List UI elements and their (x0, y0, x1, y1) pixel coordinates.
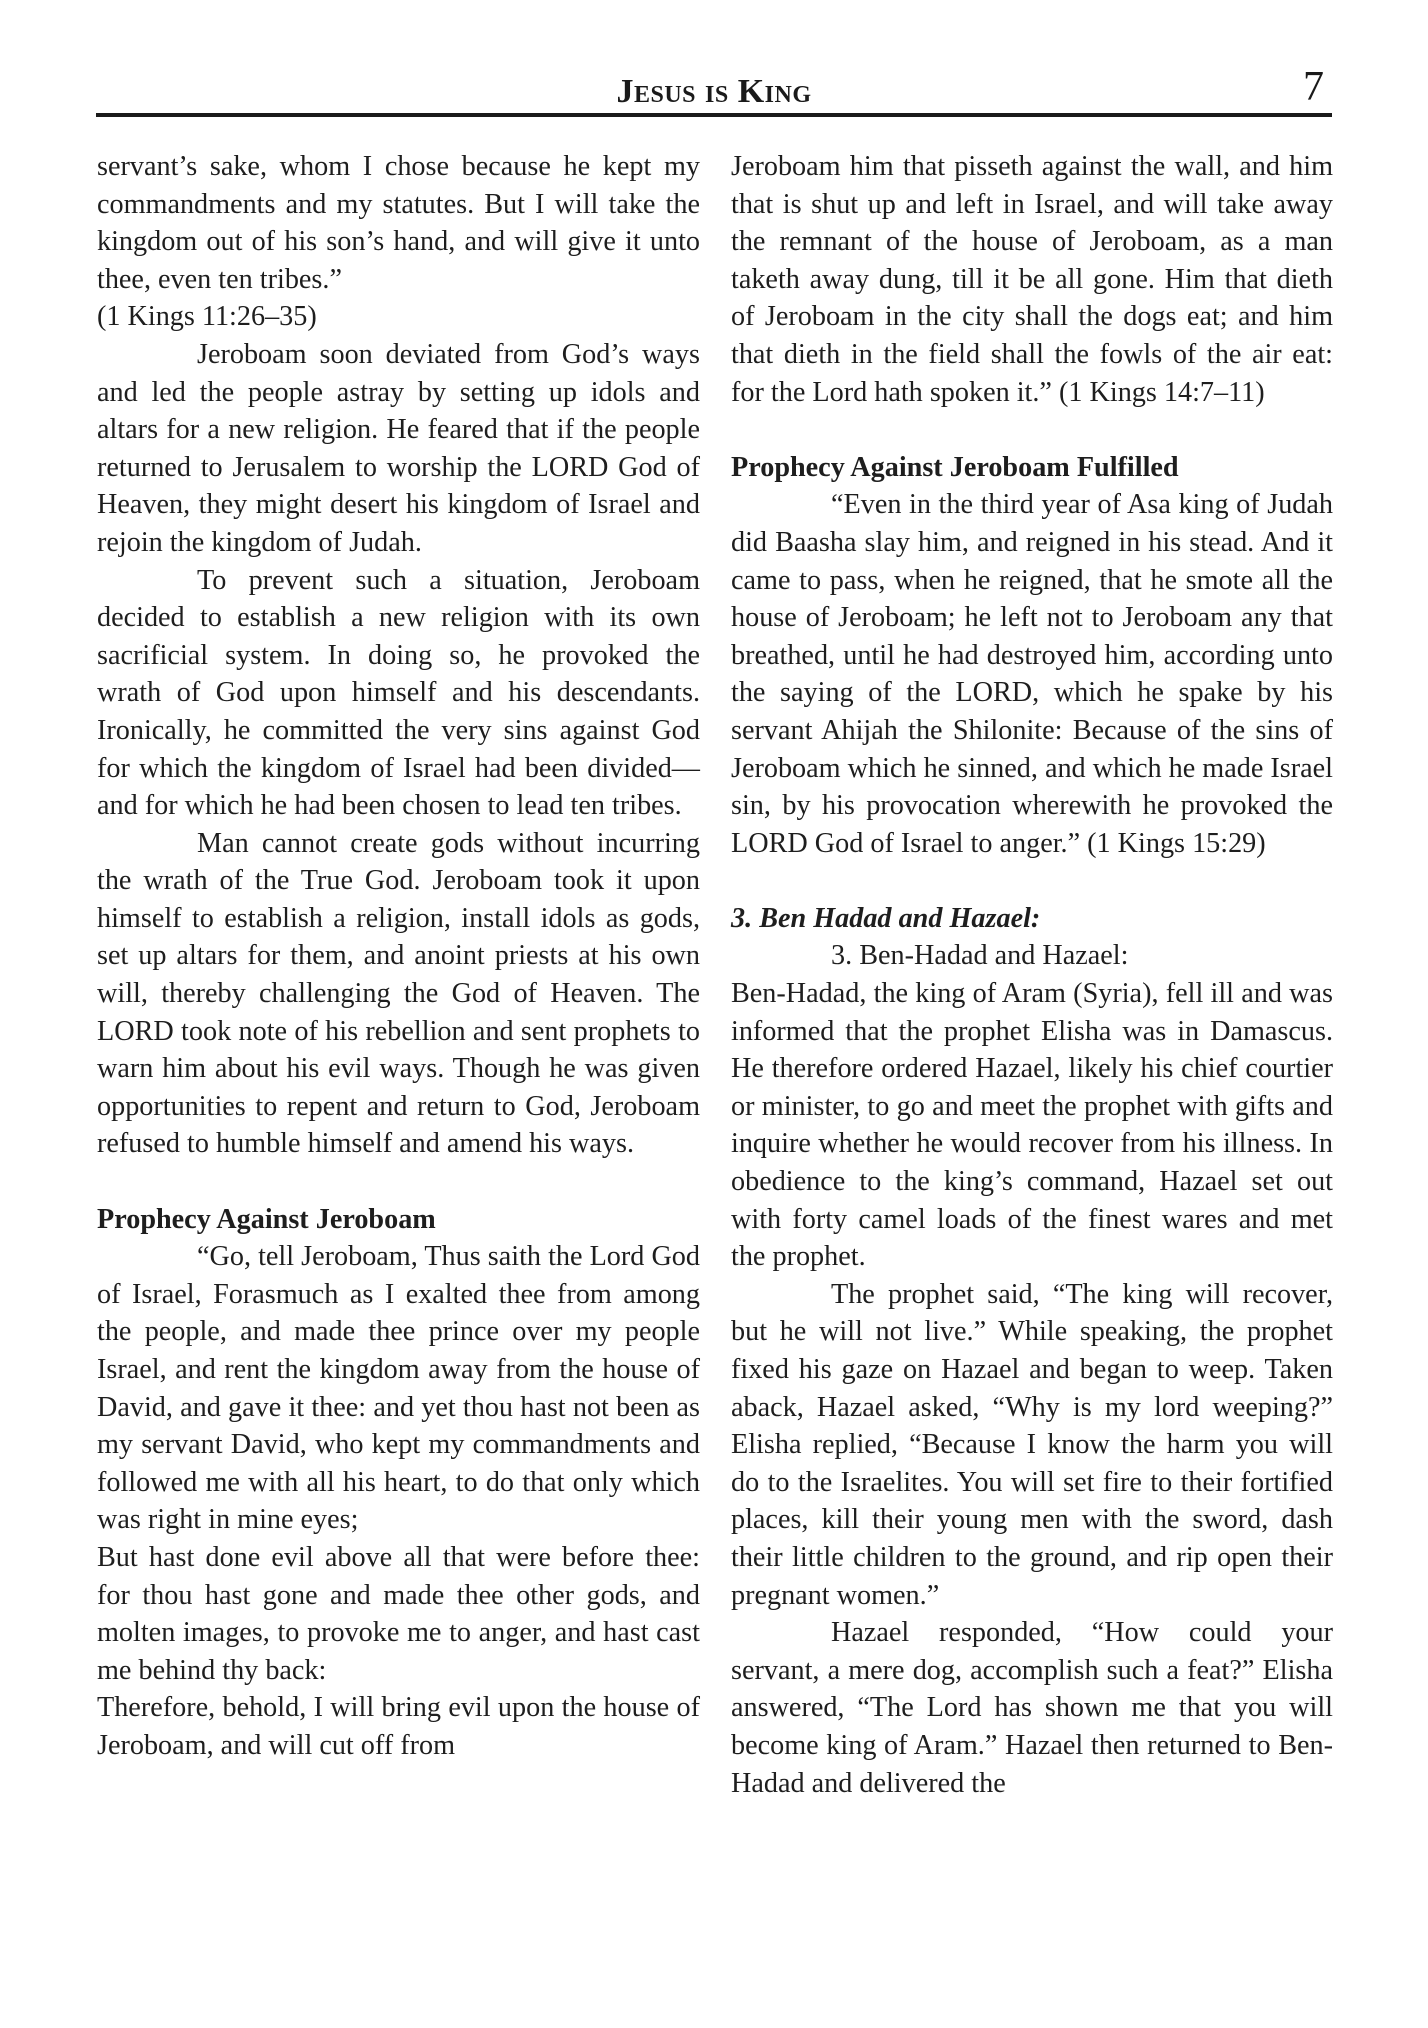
paragraph-scripture-continued: servant’s sake, whom I chose because he … (97, 148, 700, 298)
running-header: Jesus is King 7 (96, 62, 1332, 118)
paragraph-spacer (97, 1163, 700, 1201)
paragraph: Ben-Hadad, the king of Aram (Syria), fel… (731, 975, 1333, 1276)
paragraph-spacer (731, 862, 1333, 900)
scripture-quote-continued: Jeroboam him that pisseth against the wa… (731, 148, 1333, 411)
scripture-quote: “Go, tell Jeroboam, Thus saith the Lord … (97, 1238, 700, 1539)
running-title: Jesus is King (96, 72, 1332, 112)
left-column: servant’s sake, whom I chose because he … (97, 148, 700, 1765)
scripture-quote: “Even in the third year of Asa king of J… (731, 486, 1333, 862)
scripture-quote: But hast done evil above all that were b… (97, 1539, 700, 1689)
scripture-quote: Therefore, behold, I will bring evil upo… (97, 1689, 700, 1764)
paragraph: The prophet said, “The king will recover… (731, 1276, 1333, 1614)
paragraph: Jeroboam soon deviated from God’s ways a… (97, 336, 700, 562)
section-heading: Prophecy Against Jeroboam (97, 1201, 700, 1239)
right-column: Jeroboam him that pisseth against the wa… (731, 148, 1333, 1802)
paragraph-spacer (731, 411, 1333, 449)
paragraph: Hazael responded, “How could your servan… (731, 1614, 1333, 1802)
section-heading: Prophecy Against Jeroboam Fulfilled (731, 449, 1333, 487)
section-heading-numbered: 3. Ben Hadad and Hazael: (731, 900, 1333, 938)
subheading: 3. Ben-Hadad and Hazael: (731, 937, 1333, 975)
header-rule-divider (96, 113, 1332, 117)
paragraph: To prevent such a situation, Jeroboam de… (97, 562, 700, 825)
paragraph: Man cannot create gods without incurring… (97, 825, 700, 1163)
page-number: 7 (1303, 64, 1324, 110)
book-page: Jesus is King 7 servant’s sake, whom I c… (0, 0, 1428, 2028)
citation: (1 Kings 11:26–35) (97, 298, 700, 336)
